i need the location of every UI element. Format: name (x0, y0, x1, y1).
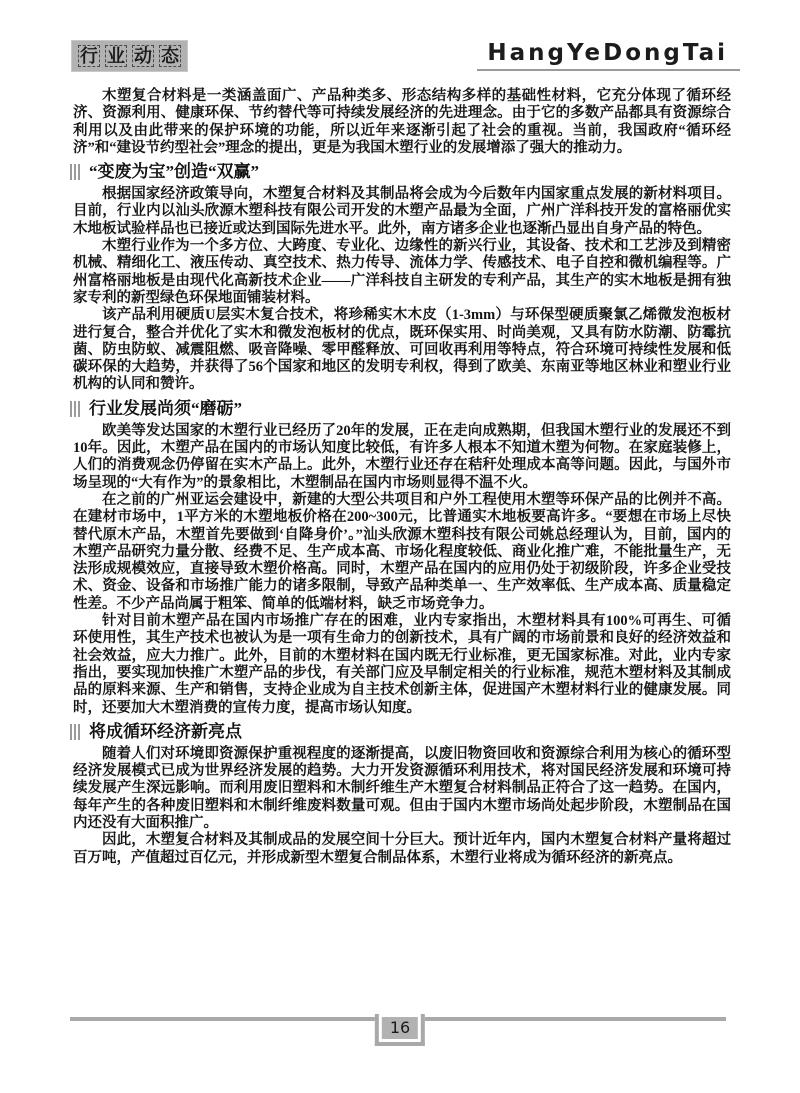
section-heading: “变废为宝”创造“双赢” (70, 162, 731, 182)
section-marker-bars-icon (70, 164, 80, 180)
journal-title-char: 态 (159, 45, 181, 67)
journal-title-pinyin: HangYeDongTai (487, 40, 728, 66)
page-header: 行业动态 HangYeDongTai (72, 40, 740, 71)
page-number: 16 (382, 1017, 418, 1039)
article-paragraph: 欧美等发达国家的木塑行业已经历了20年的发展，正在走向成熟期，但我国木塑行业的发… (73, 423, 731, 492)
section-heading: 行业发展尚须“磨砺” (70, 399, 731, 419)
article-paragraph: 随着人们对环境即资源保护重视程度的逐渐提高，以废旧物资回收和资源综合利用为核心的… (73, 746, 731, 832)
intro-paragraph: 木塑复合材料是一类涵盖面广、产品种类多、形态结构多样的基础性材料，它充分体现了循… (73, 88, 731, 157)
journal-title-box: 行业动态 (72, 41, 187, 71)
section-marker-bars-icon (70, 724, 80, 740)
section-heading-text: “变废为宝”创造“双赢” (89, 162, 259, 182)
article-paragraph: 木塑行业作为一个多方位、大跨度、专业化、边缘性的新兴行业，其设备、技术和工艺涉及… (73, 238, 731, 307)
article-sections: “变废为宝”创造“双赢”根据国家经济政策导向，木塑复合材料及其制品将会成为今后数… (73, 162, 731, 867)
article-section: 将成循环经济新亮点随着人们对环境即资源保护重视程度的逐渐提高，以废旧物资回收和资… (73, 722, 731, 867)
article-paragraph: 针对目前木塑产品在国内市场推广存在的困难，业内专家指出，木塑材料具有100%可再… (73, 613, 731, 717)
section-marker-bars-icon (70, 401, 80, 417)
article-section: “变废为宝”创造“双赢”根据国家经济政策导向，木塑复合材料及其制品将会成为今后数… (73, 162, 731, 394)
article-paragraph: 该产品利用硬质U层实木复合技术，将珍稀实木木皮（1-3mm）与环保型硬质聚氯乙烯… (73, 307, 731, 393)
article-section: 行业发展尚须“磨砺”欧美等发达国家的木塑行业已经历了20年的发展，正在走向成熟期… (73, 399, 731, 717)
article-body: 木塑复合材料是一类涵盖面广、产品种类多、形态结构多样的基础性材料，它充分体现了循… (73, 88, 731, 867)
journal-title-pinyin-underline: HangYeDongTai (477, 40, 740, 71)
journal-title-char: 行 (78, 45, 100, 67)
article-paragraph: 在之前的广州亚运会建设中，新建的大型公共项目和户外工程使用木塑等环保产品的比例并… (73, 492, 731, 613)
section-heading-text: 将成循环经济新亮点 (89, 722, 242, 742)
article-paragraph: 因此，木塑复合材料及其制成品的发展空间十分巨大。预计近年内，国内木塑复合材料产量… (73, 832, 731, 867)
magazine-page: 行业动态 HangYeDongTai 木塑复合材料是一类涵盖面广、产品种类多、形… (0, 0, 800, 1093)
article-paragraph: 根据国家经济政策导向，木塑复合材料及其制品将会成为今后数年内国家重点发展的新材料… (73, 186, 731, 238)
section-heading-text: 行业发展尚须“磨砺” (89, 399, 242, 419)
section-heading: 将成循环经济新亮点 (70, 722, 731, 742)
page-number-box: 16 (375, 1014, 425, 1046)
journal-title-char: 动 (132, 45, 154, 67)
journal-title-char: 业 (105, 45, 127, 67)
